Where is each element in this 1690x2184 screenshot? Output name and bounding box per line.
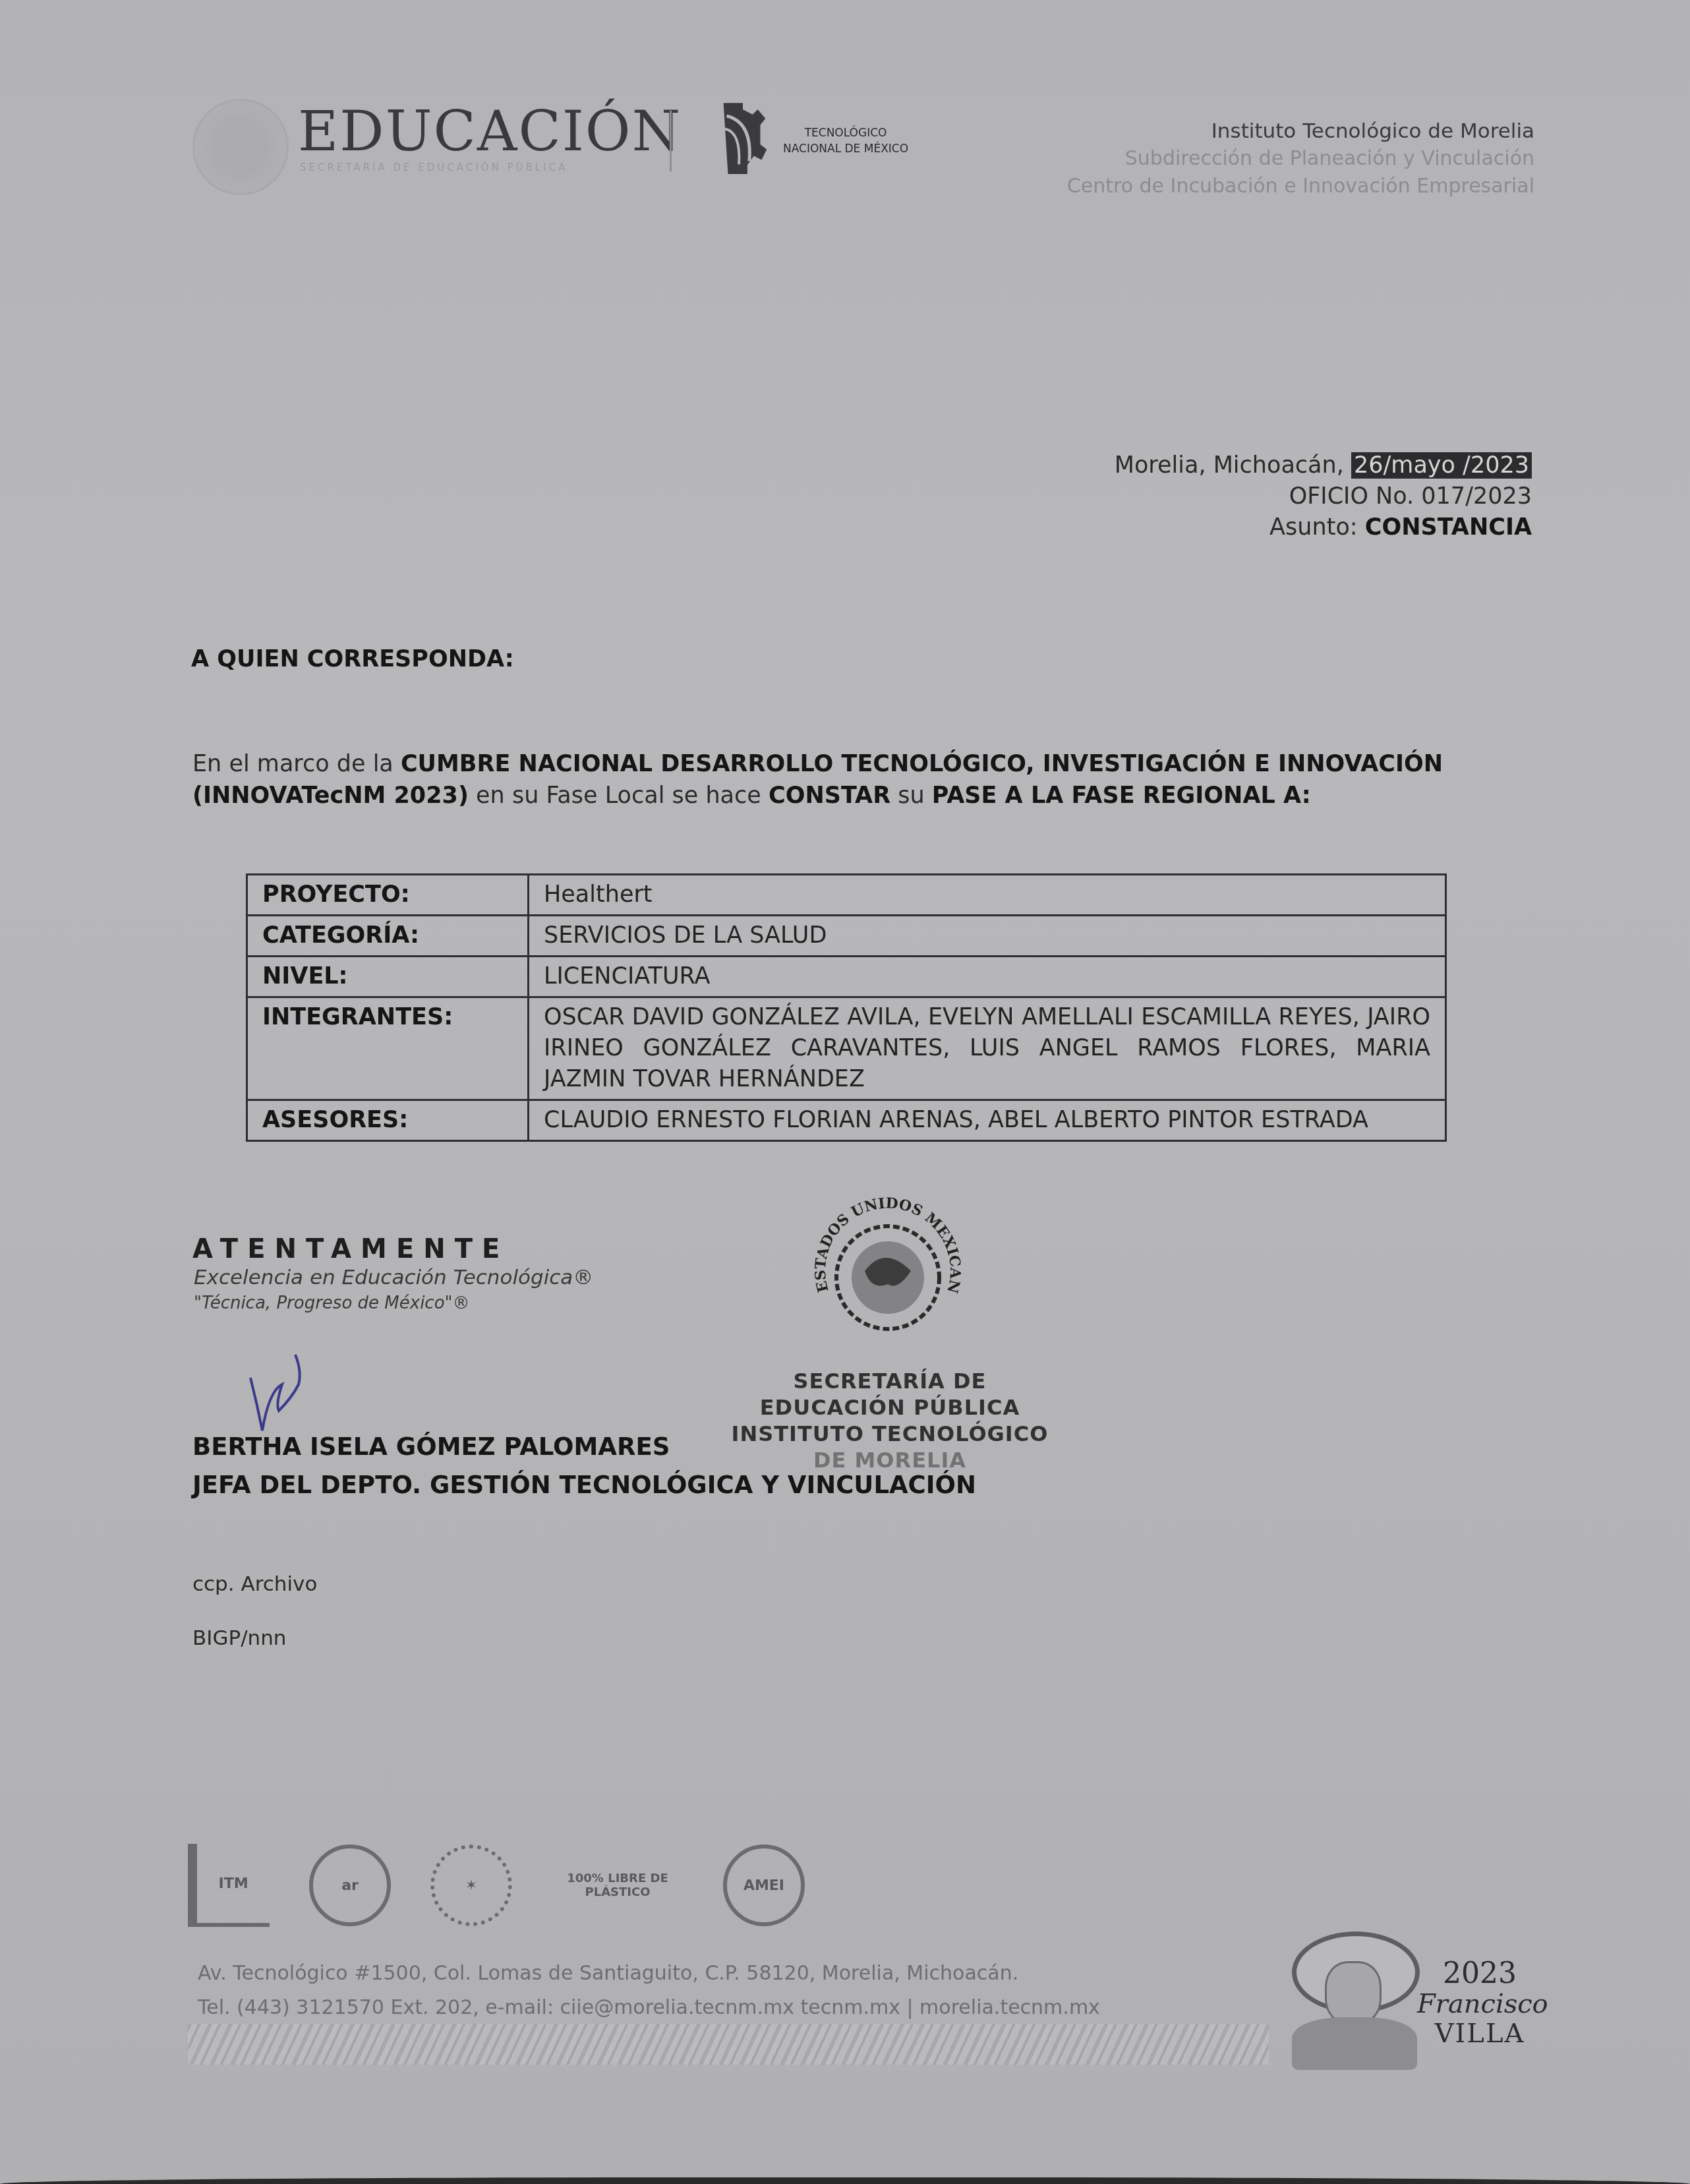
year-badge: 2023 Francisco VILLA xyxy=(1417,1958,1542,2049)
footer-logo-row: ITM ar ✶ 100% LIBRE DE PLÁSTICO AMEI xyxy=(188,1843,805,1928)
row-label: PROYECTO: xyxy=(247,875,529,916)
sep-seal-logo xyxy=(192,99,289,195)
sep-logo-title: EDUCACIÓN xyxy=(298,99,682,163)
francisco-villa-portrait-icon xyxy=(1325,1961,1382,2024)
francisco-villa-body-icon xyxy=(1292,2017,1417,2070)
signer-block: BERTHA ISELA GÓMEZ PALOMARES JEFA DEL DE… xyxy=(192,1428,976,1504)
amei-logo: AMEI xyxy=(723,1845,805,1926)
footer-decorative-pattern xyxy=(188,2024,1269,2065)
tecnm-logo-text: TECNOLÓGICO NACIONAL DE MÉXICO xyxy=(783,125,908,157)
year-badge-name: Francisco xyxy=(1417,1990,1542,2019)
tecnm-gear-logo-icon xyxy=(711,96,775,188)
asunto-line: Asunto: CONSTANCIA xyxy=(1115,512,1532,543)
closing-atentamente: ATENTAMENTE xyxy=(192,1234,509,1264)
sep-logo-subtitle: SECRETARÍA DE EDUCACIÓN PÚBLICA xyxy=(300,162,568,173)
intro-text-1: En el marco de la xyxy=(192,751,401,777)
document-reference: Morelia, Michoacán, 26/mayo /2023 OFICIO… xyxy=(1115,450,1532,543)
table-row: NIVEL:LICENCIATURA xyxy=(247,957,1446,997)
institution-header: Instituto Tecnológico de Morelia Subdire… xyxy=(1067,117,1534,200)
row-value: OSCAR DAVID GONZÁLEZ AVILA, EVELYN AMELL… xyxy=(529,997,1446,1100)
row-label: INTEGRANTES: xyxy=(247,997,529,1100)
asunto-value: CONSTANCIA xyxy=(1365,514,1532,541)
intro-text-2: en su Fase Local se hace xyxy=(469,782,769,809)
row-label: ASESORES: xyxy=(247,1100,529,1141)
table-row: CATEGORÍA:SERVICIOS DE LA SALUD xyxy=(247,916,1446,957)
signer-title: JEFA DEL DEPTO. GESTIÓN TECNOLÓGICA Y VI… xyxy=(192,1466,976,1504)
official-stamp-seal-icon: ESTADOS UNIDOS MEXICANOS xyxy=(805,1192,970,1357)
center-name: Centro de Incubación e Innovación Empres… xyxy=(1067,173,1534,200)
year-badge-year: 2023 xyxy=(1417,1958,1542,1990)
stamp-line1: SECRETARÍA DE xyxy=(725,1368,1055,1394)
initials-line: BIGP/nnn xyxy=(192,1611,317,1665)
header-divider xyxy=(670,111,672,171)
row-label: NIVEL: xyxy=(247,957,529,997)
footer-contact: Tel. (443) 3121570 Ext. 202, e-mail: cii… xyxy=(198,1991,1100,2025)
year-badge-surname: VILLA xyxy=(1417,2019,1542,2049)
tecnm-line2: NACIONAL DE MÉXICO xyxy=(783,141,908,157)
row-value: LICENCIATURA xyxy=(529,957,1446,997)
intro-paragraph: En el marco de la CUMBRE NACIONAL DESARR… xyxy=(192,748,1550,812)
row-value: SERVICIOS DE LA SALUD xyxy=(529,916,1446,957)
ccp-line: ccp. Archivo xyxy=(192,1557,317,1611)
plastic-free-logo: 100% LIBRE DE PLÁSTICO xyxy=(552,1843,684,1928)
subdirection-name: Subdirección de Planeación y Vinculación xyxy=(1067,145,1534,173)
itm-logo: ITM xyxy=(188,1844,270,1927)
oficio-number: OFICIO No. 017/2023 xyxy=(1115,481,1532,512)
table-row: PROYECTO:Healthert xyxy=(247,875,1446,916)
intro-text-3: su xyxy=(890,782,932,809)
motto-line-2: "Técnica, Progreso de México"® xyxy=(194,1293,470,1313)
table-row: ASESORES:CLAUDIO ERNESTO FLORIAN ARENAS,… xyxy=(247,1100,1446,1141)
copies-block: ccp. Archivo BIGP/nnn xyxy=(192,1557,317,1665)
stamp-line2: EDUCACIÓN PÚBLICA xyxy=(725,1394,1055,1421)
motto-line-1: Excelencia en Educación Tecnológica® xyxy=(194,1266,593,1289)
salutation: A QUIEN CORRESPONDA: xyxy=(191,646,514,672)
place-date-line: Morelia, Michoacán, 26/mayo /2023 xyxy=(1115,450,1532,481)
institution-name: Instituto Tecnológico de Morelia xyxy=(1067,117,1534,145)
place: Morelia, Michoacán, xyxy=(1115,452,1351,479)
asunto-label: Asunto: xyxy=(1269,514,1365,541)
row-value: Healthert xyxy=(529,875,1446,916)
intro-bold-regional: PASE A LA FASE REGIONAL A: xyxy=(932,782,1311,809)
handwritten-signature-icon xyxy=(244,1351,316,1437)
document-date: 26/mayo /2023 xyxy=(1351,452,1532,479)
ar-certification-logo: ar xyxy=(309,1845,391,1926)
row-value: CLAUDIO ERNESTO FLORIAN ARENAS, ABEL ALB… xyxy=(529,1100,1446,1141)
project-table: PROYECTO:HealthertCATEGORÍA:SERVICIOS DE… xyxy=(246,873,1447,1142)
row-label: CATEGORÍA: xyxy=(247,916,529,957)
page-bottom-edge xyxy=(0,2177,1690,2184)
intro-bold-constar: CONSTAR xyxy=(769,782,890,809)
table-row: INTEGRANTES:OSCAR DAVID GONZÁLEZ AVILA, … xyxy=(247,997,1446,1100)
signer-name: BERTHA ISELA GÓMEZ PALOMARES xyxy=(192,1428,976,1466)
footer-address-block: Av. Tecnológico #1500, Col. Lomas de San… xyxy=(198,1957,1100,2025)
gender-equality-logo: ✶ xyxy=(430,1845,512,1926)
footer-address: Av. Tecnológico #1500, Col. Lomas de San… xyxy=(198,1957,1100,1991)
tecnm-line1: TECNOLÓGICO xyxy=(783,125,908,141)
